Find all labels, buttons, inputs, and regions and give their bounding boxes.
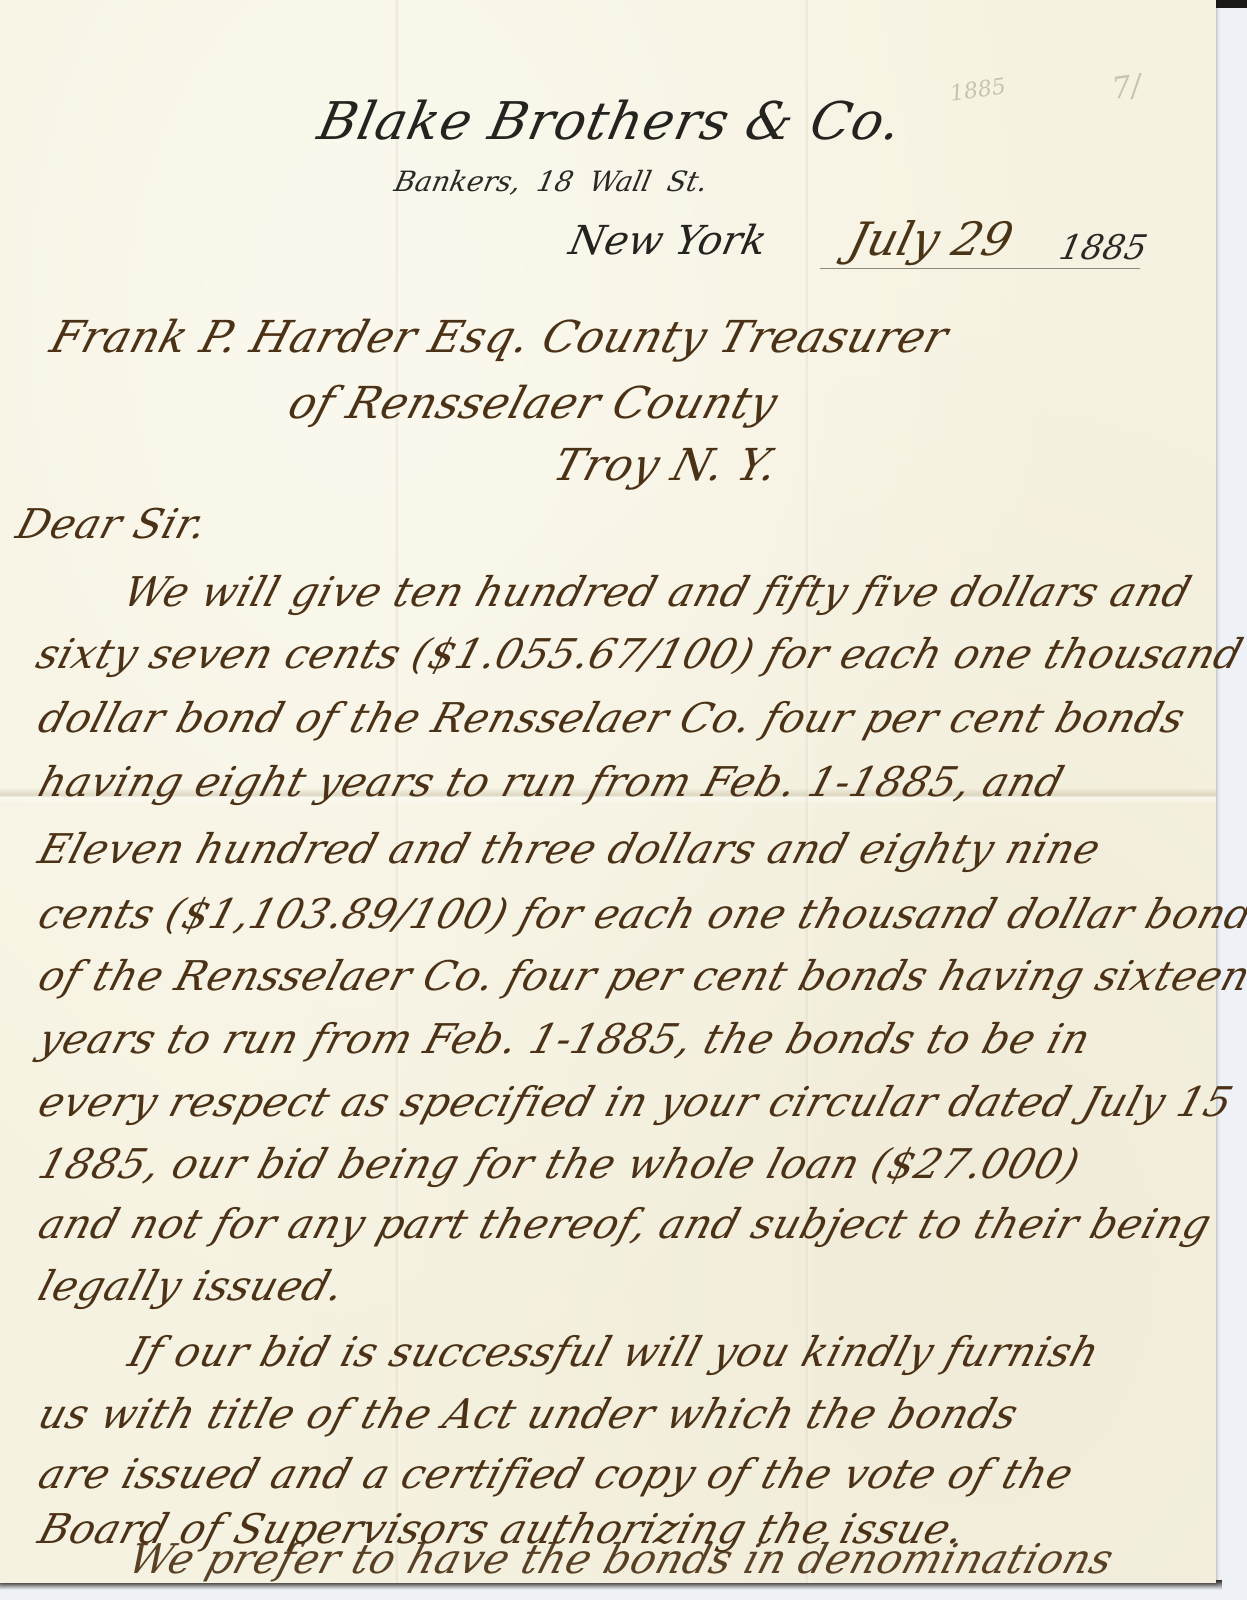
body-line: having eight years to run from Feb. 1-18… — [33, 758, 1069, 806]
body-line: every respect as specified in your circu… — [33, 1078, 1238, 1126]
pencil-annotation: 7/ — [1110, 68, 1144, 107]
body-line: us with title of the Act under which the… — [33, 1390, 1024, 1438]
addressee-city: Troy N. Y. — [548, 440, 784, 491]
addressee-name: Frank P. Harder Esq. County Treasurer — [45, 312, 954, 363]
body-line: We prefer to have the bonds in denominat… — [123, 1535, 1119, 1583]
body-line: sixty seven cents ($1.055.67/100) for ea… — [31, 630, 1247, 678]
date-rule — [820, 268, 1140, 269]
body-line: are issued and a certified copy of the v… — [33, 1450, 1079, 1498]
body-line: 1885, our bid being for the whole loan (… — [33, 1140, 1085, 1188]
body-line: legally issued. — [33, 1262, 350, 1310]
letter-year: 1885 — [1056, 228, 1151, 268]
salutation: Dear Sir. — [11, 500, 213, 548]
body-line: and not for any part thereof, and subjec… — [33, 1200, 1217, 1248]
letterhead-address: Bankers, 18 Wall St. — [391, 165, 710, 198]
pencil-annotation: 1885 — [949, 74, 1008, 107]
letterhead-firm-name: Blake Brothers & Co. — [294, 92, 927, 152]
body-line: Eleven hundred and three dollars and eig… — [33, 825, 1106, 873]
body-line: of the Rensselaer Co. four per cent bond… — [33, 952, 1247, 1000]
body-line: cents ($1,103.89/100) for each one thous… — [33, 890, 1247, 938]
letter-date: July 29 — [843, 212, 1018, 266]
addressee-county: of Rensselaer County — [283, 378, 784, 429]
body-line: years to run from Feb. 1-1885, the bonds… — [33, 1015, 1096, 1063]
letter-page: 1885 7/ Blake Brothers & Co. Bankers, 18… — [0, 0, 1216, 1583]
body-line: dollar bond of the Rensselaer Co. four p… — [33, 694, 1191, 742]
body-line: If our bid is successful will you kindly… — [123, 1328, 1105, 1376]
body-line: We will give ten hundred and fifty five … — [118, 568, 1197, 616]
letterhead-city: New York — [565, 218, 771, 264]
